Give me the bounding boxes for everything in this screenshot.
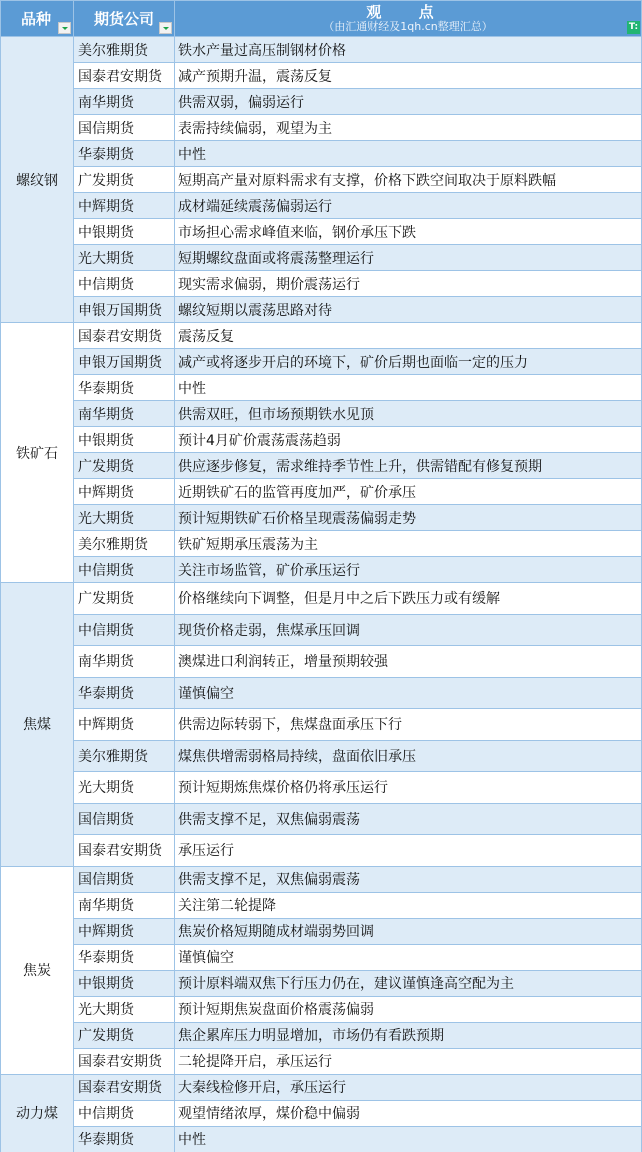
table-row: 铁矿石 国泰君安期货 震荡反复 — [1, 323, 642, 349]
view-cell: 大秦线检修开启，承压运行 — [175, 1074, 642, 1100]
group-rebar: 螺纹钢 美尔雅期货 铁水产量过高压制钢材价格 国泰君安期货减产预期升温，震荡反复… — [1, 37, 642, 323]
view-cell: 表需持续偏弱，观望为主 — [175, 115, 642, 141]
company-cell: 国泰君安期货 — [74, 1048, 175, 1074]
company-cell: 中辉期货 — [74, 709, 175, 741]
group-coke: 焦炭 国信期货 供需支撑不足，双焦偏弱震荡 南华期货关注第二轮提降 中辉期货焦炭… — [1, 866, 642, 1074]
table-row: 广发期货供应逐步修复，需求维持季节性上升，供需错配有修复预期 — [1, 453, 642, 479]
company-cell: 申银万国期货 — [74, 297, 175, 323]
company-cell: 国泰君安期货 — [74, 63, 175, 89]
table-row: 南华期货关注第二轮提降 — [1, 892, 642, 918]
column-header-view: 观 点 （由汇通财经及1qh.cn整理汇总） T: — [175, 1, 642, 37]
table-row: 华泰期货中性 — [1, 141, 642, 167]
view-cell: 供需双弱，偏弱运行 — [175, 89, 642, 115]
company-cell: 南华期货 — [74, 89, 175, 115]
table-row: 中银期货预计4月矿价震荡震荡趋弱 — [1, 427, 642, 453]
company-cell: 广发期货 — [74, 583, 175, 615]
table-row: 光大期货短期螺纹盘面或将震荡整理运行 — [1, 245, 642, 271]
company-cell: 国泰君安期货 — [74, 323, 175, 349]
company-cell: 光大期货 — [74, 996, 175, 1022]
company-cell: 中信期货 — [74, 1100, 175, 1126]
table-row: 动力煤 国泰君安期货 大秦线检修开启，承压运行 — [1, 1074, 642, 1100]
company-cell: 国泰君安期货 — [74, 835, 175, 867]
table-row: 申银万国期货减产或将逐步开启的环境下，矿价后期也面临一定的压力 — [1, 349, 642, 375]
company-cell: 中信期货 — [74, 614, 175, 646]
group-coking-coal: 焦煤 广发期货 价格继续向下调整，但是月中之后下跌压力或有缓解 中信期货现货价格… — [1, 583, 642, 867]
variety-cell: 螺纹钢 — [1, 37, 74, 323]
table-row: 中信期货现货价格走弱，焦煤承压回调 — [1, 614, 642, 646]
company-cell: 国信期货 — [74, 115, 175, 141]
group-iron-ore: 铁矿石 国泰君安期货 震荡反复 申银万国期货减产或将逐步开启的环境下，矿价后期也… — [1, 323, 642, 583]
table-row: 中辉期货成材端延续震荡偏弱运行 — [1, 193, 642, 219]
table-row: 光大期货预计短期焦炭盘面价格震荡偏弱 — [1, 996, 642, 1022]
view-cell: 预计短期铁矿石价格呈现震荡偏弱走势 — [175, 505, 642, 531]
view-cell: 震荡反复 — [175, 323, 642, 349]
company-cell: 广发期货 — [74, 453, 175, 479]
company-cell: 广发期货 — [74, 1022, 175, 1048]
view-cell: 铁水产量过高压制钢材价格 — [175, 37, 642, 63]
column-header-view-title: 观 点 — [175, 3, 641, 20]
company-cell: 光大期货 — [74, 505, 175, 531]
table-row: 国泰君安期货承压运行 — [1, 835, 642, 867]
view-cell: 承压运行 — [175, 835, 642, 867]
company-cell: 华泰期货 — [74, 944, 175, 970]
view-cell: 谨慎偏空 — [175, 944, 642, 970]
view-cell: 煤焦供增需弱格局持续，盘面依旧承压 — [175, 740, 642, 772]
view-cell: 预计原料端双焦下行压力仍在，建议谨慎逢高空配为主 — [175, 970, 642, 996]
table-row: 申银万国期货螺纹短期以震荡思路对待 — [1, 297, 642, 323]
view-cell: 减产或将逐步开启的环境下，矿价后期也面临一定的压力 — [175, 349, 642, 375]
table-row: 中银期货市场担心需求峰值来临，钢价承压下跌 — [1, 219, 642, 245]
company-cell: 华泰期货 — [74, 1126, 175, 1152]
table-row: 南华期货供需双弱，偏弱运行 — [1, 89, 642, 115]
table-row: 中辉期货供需边际转弱下，焦煤盘面承压下行 — [1, 709, 642, 741]
view-cell: 近期铁矿石的监管再度加严，矿价承压 — [175, 479, 642, 505]
table-row: 华泰期货中性 — [1, 375, 642, 401]
company-cell: 南华期货 — [74, 892, 175, 918]
company-cell: 国信期货 — [74, 866, 175, 892]
active-filter-icon[interactable]: T: — [627, 21, 640, 34]
company-cell: 国信期货 — [74, 803, 175, 835]
company-cell: 美尔雅期货 — [74, 740, 175, 772]
company-cell: 美尔雅期货 — [74, 37, 175, 63]
company-cell: 中银期货 — [74, 427, 175, 453]
group-thermal-coal: 动力煤 国泰君安期货 大秦线检修开启，承压运行 中信期货观望情绪浓厚，煤价稳中偏… — [1, 1074, 642, 1152]
table-row: 美尔雅期货煤焦供增需弱格局持续，盘面依旧承压 — [1, 740, 642, 772]
table-row: 国泰君安期货二轮提降开启，承压运行 — [1, 1048, 642, 1074]
company-cell: 中银期货 — [74, 219, 175, 245]
futures-views-table: 品种 期货公司 观 点 （由汇通财经及1qh.cn整理汇总） T: 螺纹钢 美尔… — [0, 0, 642, 1152]
view-cell: 中性 — [175, 1126, 642, 1152]
company-cell: 中信期货 — [74, 557, 175, 583]
variety-cell: 焦炭 — [1, 866, 74, 1074]
column-header-company: 期货公司 — [74, 1, 175, 37]
table-row: 华泰期货中性 — [1, 1126, 642, 1152]
table-row: 中银期货预计原料端双焦下行压力仍在，建议谨慎逢高空配为主 — [1, 970, 642, 996]
view-cell: 成材端延续震荡偏弱运行 — [175, 193, 642, 219]
table-row: 华泰期货谨慎偏空 — [1, 944, 642, 970]
view-cell: 现货价格走弱，焦煤承压回调 — [175, 614, 642, 646]
view-cell: 谨慎偏空 — [175, 677, 642, 709]
table-row: 螺纹钢 美尔雅期货 铁水产量过高压制钢材价格 — [1, 37, 642, 63]
company-cell: 南华期货 — [74, 646, 175, 678]
view-cell: 供应逐步修复，需求维持季节性上升，供需错配有修复预期 — [175, 453, 642, 479]
table-row: 光大期货预计短期铁矿石价格呈现震荡偏弱走势 — [1, 505, 642, 531]
view-cell: 关注市场监管，矿价承压运行 — [175, 557, 642, 583]
view-cell: 价格继续向下调整，但是月中之后下跌压力或有缓解 — [175, 583, 642, 615]
view-cell: 关注第二轮提降 — [175, 892, 642, 918]
variety-cell: 铁矿石 — [1, 323, 74, 583]
company-cell: 广发期货 — [74, 167, 175, 193]
filter-dropdown-company-icon[interactable] — [159, 22, 172, 34]
table-row: 南华期货供需双旺，但市场预期铁水见顶 — [1, 401, 642, 427]
view-cell: 焦炭价格短期随成材端弱势回调 — [175, 918, 642, 944]
view-cell: 预计4月矿价震荡震荡趋弱 — [175, 427, 642, 453]
table-row: 南华期货澳煤进口利润转正，增量预期较强 — [1, 646, 642, 678]
variety-cell: 动力煤 — [1, 1074, 74, 1152]
company-cell: 华泰期货 — [74, 141, 175, 167]
table-row: 中辉期货焦炭价格短期随成材端弱势回调 — [1, 918, 642, 944]
view-cell: 供需支撑不足，双焦偏弱震荡 — [175, 866, 642, 892]
variety-cell: 焦煤 — [1, 583, 74, 867]
company-cell: 中辉期货 — [74, 193, 175, 219]
view-cell: 中性 — [175, 375, 642, 401]
view-cell: 现实需求偏弱，期价震荡运行 — [175, 271, 642, 297]
company-cell: 华泰期货 — [74, 375, 175, 401]
table-row: 中信期货关注市场监管，矿价承压运行 — [1, 557, 642, 583]
company-cell: 中辉期货 — [74, 479, 175, 505]
column-header-company-label: 期货公司 — [74, 8, 154, 29]
company-cell: 南华期货 — [74, 401, 175, 427]
company-cell: 中银期货 — [74, 970, 175, 996]
view-cell: 市场担心需求峰值来临，钢价承压下跌 — [175, 219, 642, 245]
company-cell: 中信期货 — [74, 271, 175, 297]
table-row: 广发期货短期高产量对原料需求有支撑，价格下跌空间取决于原料跌幅 — [1, 167, 642, 193]
table-row: 焦炭 国信期货 供需支撑不足，双焦偏弱震荡 — [1, 866, 642, 892]
company-cell: 光大期货 — [74, 772, 175, 804]
view-cell: 二轮提降开启，承压运行 — [175, 1048, 642, 1074]
view-cell: 铁矿短期承压震荡为主 — [175, 531, 642, 557]
company-cell: 国泰君安期货 — [74, 1074, 175, 1100]
view-cell: 中性 — [175, 141, 642, 167]
column-header-variety-label: 品种 — [1, 8, 51, 29]
table-row: 焦煤 广发期货 价格继续向下调整，但是月中之后下跌压力或有缓解 — [1, 583, 642, 615]
filter-dropdown-variety-icon[interactable] — [58, 22, 71, 34]
view-cell: 螺纹短期以震荡思路对待 — [175, 297, 642, 323]
column-header-view-subtitle: （由汇通财经及1qh.cn整理汇总） — [175, 20, 641, 34]
company-cell: 中辉期货 — [74, 918, 175, 944]
table-row: 中辉期货近期铁矿石的监管再度加严，矿价承压 — [1, 479, 642, 505]
company-cell: 申银万国期货 — [74, 349, 175, 375]
view-cell: 焦企累库压力明显增加，市场仍有看跌预期 — [175, 1022, 642, 1048]
company-cell: 华泰期货 — [74, 677, 175, 709]
view-cell: 供需边际转弱下，焦煤盘面承压下行 — [175, 709, 642, 741]
view-cell: 供需双旺，但市场预期铁水见顶 — [175, 401, 642, 427]
view-cell: 预计短期焦炭盘面价格震荡偏弱 — [175, 996, 642, 1022]
view-cell: 减产预期升温，震荡反复 — [175, 63, 642, 89]
view-cell: 澳煤进口利润转正，增量预期较强 — [175, 646, 642, 678]
table-row: 华泰期货谨慎偏空 — [1, 677, 642, 709]
header-row: 品种 期货公司 观 点 （由汇通财经及1qh.cn整理汇总） T: — [1, 1, 642, 37]
company-cell: 美尔雅期货 — [74, 531, 175, 557]
column-header-variety: 品种 — [1, 1, 74, 37]
view-cell: 观望情绪浓厚，煤价稳中偏弱 — [175, 1100, 642, 1126]
table-row: 国泰君安期货减产预期升温，震荡反复 — [1, 63, 642, 89]
view-cell: 短期高产量对原料需求有支撑，价格下跌空间取决于原料跌幅 — [175, 167, 642, 193]
table-row: 国信期货表需持续偏弱，观望为主 — [1, 115, 642, 141]
table-row: 光大期货预计短期炼焦煤价格仍将承压运行 — [1, 772, 642, 804]
table-row: 广发期货焦企累库压力明显增加，市场仍有看跌预期 — [1, 1022, 642, 1048]
company-cell: 光大期货 — [74, 245, 175, 271]
view-cell: 供需支撑不足，双焦偏弱震荡 — [175, 803, 642, 835]
view-cell: 短期螺纹盘面或将震荡整理运行 — [175, 245, 642, 271]
view-cell: 预计短期炼焦煤价格仍将承压运行 — [175, 772, 642, 804]
table-row: 国信期货供需支撑不足，双焦偏弱震荡 — [1, 803, 642, 835]
table-row: 中信期货观望情绪浓厚，煤价稳中偏弱 — [1, 1100, 642, 1126]
table-row: 美尔雅期货铁矿短期承压震荡为主 — [1, 531, 642, 557]
table-row: 中信期货现实需求偏弱，期价震荡运行 — [1, 271, 642, 297]
